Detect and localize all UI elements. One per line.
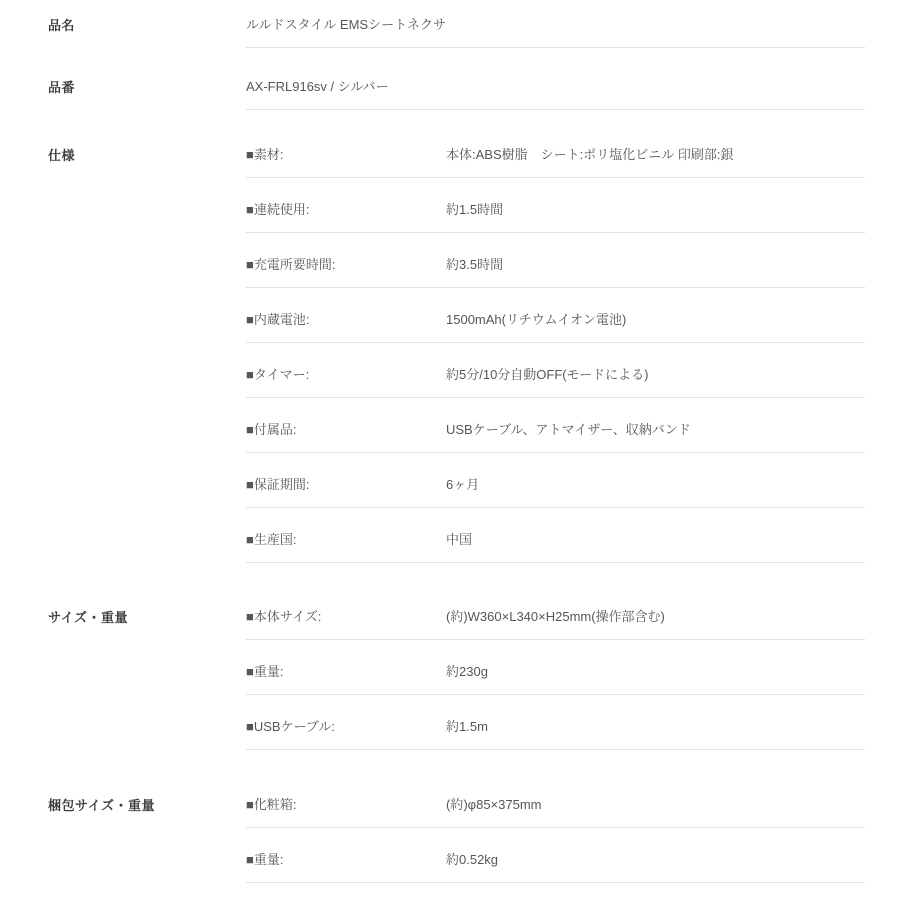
category-spacer <box>48 178 246 233</box>
spec-value-usb-cable: 約1.5m <box>446 716 865 735</box>
spec-label-warranty: ■保証期間: <box>246 474 446 493</box>
category-spacer <box>48 398 246 453</box>
category-spacer <box>48 233 246 288</box>
spec-value-accessories: USBケーブル、アトマイザー、収納バンド <box>446 419 865 438</box>
spec-label-usb-cable: ■USBケーブル: <box>246 716 446 735</box>
table-row-weight: ■重量: 約230g <box>0 640 900 695</box>
spec-value-package-box: (約)φ85×375mm <box>446 794 865 813</box>
table-row-accessories: ■付属品: USBケーブル、アトマイザー、収納バンド <box>0 398 900 453</box>
spec-value-continuous-use: 約1.5時間 <box>446 199 865 218</box>
table-row-product-name: 品名 ルルドスタイル EMSシートネクサ <box>0 0 900 48</box>
spec-value-package-weight: 約0.52kg <box>446 849 865 868</box>
table-row-usb-cable: ■USBケーブル: 約1.5m <box>0 695 900 750</box>
category-spacer <box>48 453 246 508</box>
product-spec-table: 品名 ルルドスタイル EMSシートネクサ 品番 AX-FRL916sv / シル… <box>0 0 900 883</box>
category-spacer <box>48 695 246 750</box>
category-label-size-weight: サイズ・重量 <box>48 563 246 640</box>
table-row-model-number: 品番 AX-FRL916sv / シルバー <box>0 48 900 110</box>
spec-label-body-size: ■本体サイズ: <box>246 606 446 625</box>
spec-value-charge-time: 約3.5時間 <box>446 254 865 273</box>
spec-label-country: ■生産国: <box>246 529 446 548</box>
category-spacer <box>48 343 246 398</box>
spec-label-accessories: ■付属品: <box>246 419 446 438</box>
spec-value-weight: 約230g <box>446 661 865 680</box>
table-row-package-weight: ■重量: 約0.52kg <box>0 828 900 883</box>
product-name-value: ルルドスタイル EMSシートネクサ <box>246 14 865 33</box>
spec-label-continuous-use: ■連続使用: <box>246 199 446 218</box>
spec-label-battery: ■内蔵電池: <box>246 309 446 328</box>
category-spacer <box>48 288 246 343</box>
category-label-package-size-weight: 梱包サイズ・重量 <box>48 750 246 828</box>
spec-value-timer: 約5分/10分自動OFF(モードによる) <box>446 364 865 383</box>
spec-value-warranty: 6ヶ月 <box>446 474 865 493</box>
category-label-spec: 仕様 <box>48 110 246 178</box>
spec-label-material: ■素材: <box>246 144 446 163</box>
spec-value-body-size: (約)W360×L340×H25mm(操作部含む) <box>446 606 865 625</box>
spec-label-package-box: ■化粧箱: <box>246 794 446 813</box>
table-row-battery: ■内蔵電池: 1500mAh(リチウムイオン電池) <box>0 288 900 343</box>
spec-value-battery: 1500mAh(リチウムイオン電池) <box>446 309 865 328</box>
spec-value-material: 本体:ABS樹脂 シート:ポリ塩化ビニル 印刷部:銀 <box>446 144 865 163</box>
table-row-country: ■生産国: 中国 <box>0 508 900 563</box>
table-row-continuous-use: ■連続使用: 約1.5時間 <box>0 178 900 233</box>
spec-label-timer: ■タイマー: <box>246 364 446 383</box>
table-row-warranty: ■保証期間: 6ヶ月 <box>0 453 900 508</box>
table-row-charge-time: ■充電所要時間: 約3.5時間 <box>0 233 900 288</box>
model-number-value: AX-FRL916sv / シルバー <box>246 76 865 95</box>
spec-value-country: 中国 <box>446 529 865 548</box>
spec-label-package-weight: ■重量: <box>246 849 446 868</box>
table-row-material: 仕様 ■素材: 本体:ABS樹脂 シート:ポリ塩化ビニル 印刷部:銀 <box>0 110 900 178</box>
spec-label-charge-time: ■充電所要時間: <box>246 254 446 273</box>
category-label-model-number: 品番 <box>48 48 246 110</box>
spec-label-weight: ■重量: <box>246 661 446 680</box>
category-spacer <box>48 508 246 563</box>
table-row-timer: ■タイマー: 約5分/10分自動OFF(モードによる) <box>0 343 900 398</box>
category-spacer <box>48 828 246 883</box>
category-spacer <box>48 640 246 695</box>
category-label-product-name: 品名 <box>48 0 246 48</box>
table-row-body-size: サイズ・重量 ■本体サイズ: (約)W360×L340×H25mm(操作部含む) <box>0 563 900 640</box>
table-row-package-box: 梱包サイズ・重量 ■化粧箱: (約)φ85×375mm <box>0 750 900 828</box>
